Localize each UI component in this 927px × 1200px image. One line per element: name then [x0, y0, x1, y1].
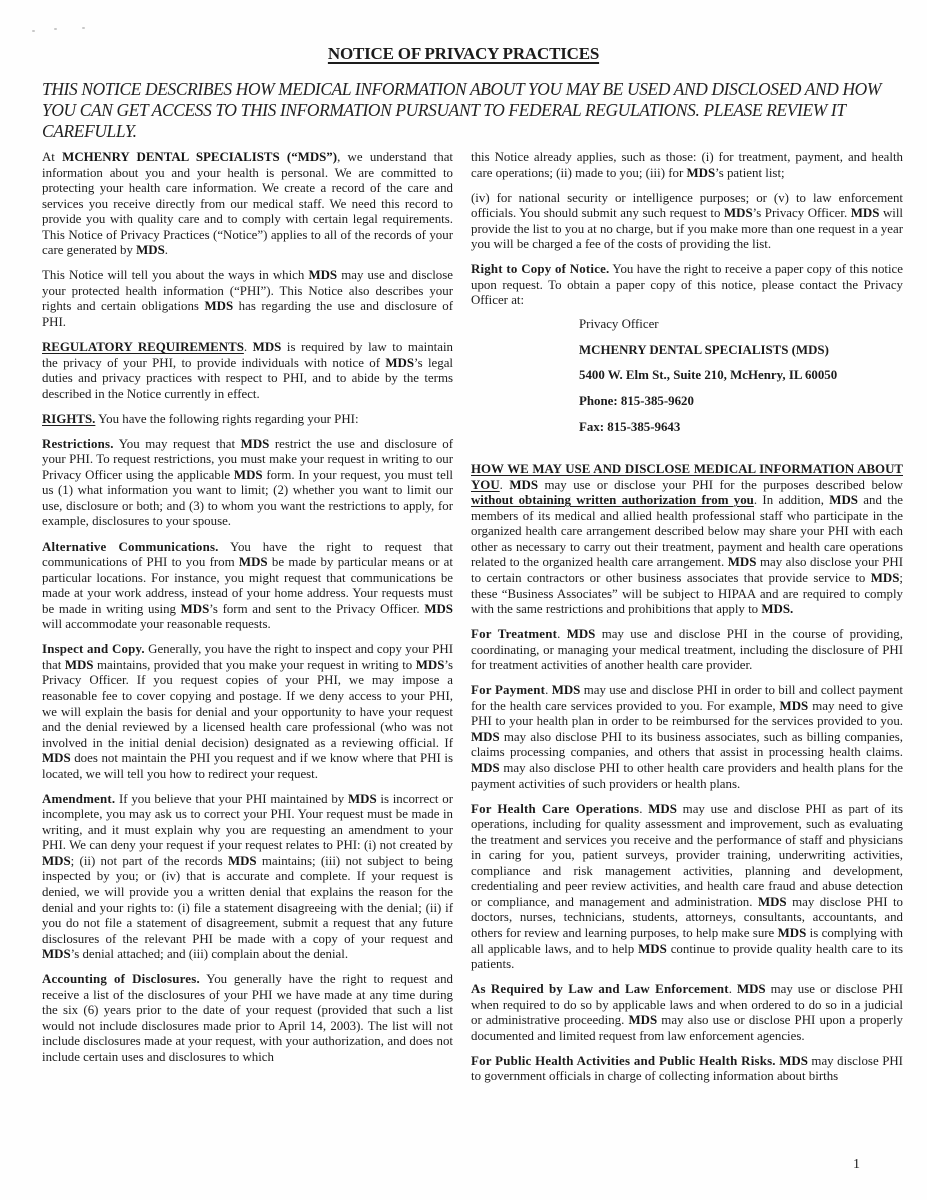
contact-organization: MCHENRY DENTAL SPECIALISTS (MDS): [579, 343, 903, 359]
public-health-paragraph: For Public Health Activities and Public …: [471, 1054, 903, 1085]
rights-section: RIGHTS. You have the following rights re…: [42, 412, 453, 428]
document-page: NOTICE OF PRIVACY PRACTICES THIS NOTICE …: [0, 0, 927, 1200]
accounting-continued-paragraph: this Notice already applies, such as tho…: [471, 150, 903, 181]
how-we-use-section: HOW WE MAY USE AND DISCLOSE MEDICAL INFO…: [471, 462, 903, 617]
law-enforcement-paragraph: As Required by Law and Law Enforcement. …: [471, 982, 903, 1044]
without-authorization-emphasis: without obtaining written authorization …: [471, 493, 754, 507]
health-care-operations-paragraph: For Health Care Operations. MDS may use …: [471, 802, 903, 973]
contact-fax: Fax: 815-385-9643: [579, 420, 903, 436]
contact-phone: Phone: 815-385-9620: [579, 394, 903, 410]
right-to-copy-paragraph: Right to Copy of Notice. You have the ri…: [471, 262, 903, 309]
scan-specks: [32, 26, 92, 36]
right-column: this Notice already applies, such as tho…: [471, 150, 903, 1094]
intro-paragraph: At MCHENRY DENTAL SPECIALISTS (“MDS”), w…: [42, 150, 453, 259]
notice-subtitle: THIS NOTICE DESCRIBES HOW MEDICAL INFORM…: [42, 79, 892, 142]
document-title: NOTICE OF PRIVACY PRACTICES: [0, 44, 927, 64]
notice-purpose-paragraph: This Notice will tell you about the ways…: [42, 268, 453, 330]
amendment-paragraph: Amendment. If you believe that your PHI …: [42, 792, 453, 963]
for-treatment-paragraph: For Treatment. MDS may use and disclose …: [471, 627, 903, 674]
restrictions-paragraph: Restrictions. You may request that MDS r…: [42, 437, 453, 530]
regulatory-heading: REGULATORY REQUIREMENTS: [42, 340, 244, 354]
privacy-officer-contact-block: Privacy Officer MCHENRY DENTAL SPECIALIS…: [579, 317, 903, 435]
for-payment-paragraph: For Payment. MDS may use and disclose PH…: [471, 683, 903, 792]
contact-address: 5400 W. Elm St., Suite 210, McHenry, IL …: [579, 368, 903, 384]
accounting-of-disclosures-paragraph: Accounting of Disclosures. You generally…: [42, 972, 453, 1065]
alternative-communications-paragraph: Alternative Communications. You have the…: [42, 540, 453, 633]
accounting-continued-paragraph-2: (iv) for national security or intelligen…: [471, 191, 903, 253]
inspect-and-copy-paragraph: Inspect and Copy. Generally, you have th…: [42, 642, 453, 782]
rights-heading: RIGHTS.: [42, 412, 95, 426]
contact-role: Privacy Officer: [579, 317, 903, 333]
page-number: 1: [853, 1157, 860, 1173]
regulatory-requirements-section: REGULATORY REQUIREMENTS. MDS is required…: [42, 340, 453, 402]
left-column: At MCHENRY DENTAL SPECIALISTS (“MDS”), w…: [42, 150, 453, 1075]
